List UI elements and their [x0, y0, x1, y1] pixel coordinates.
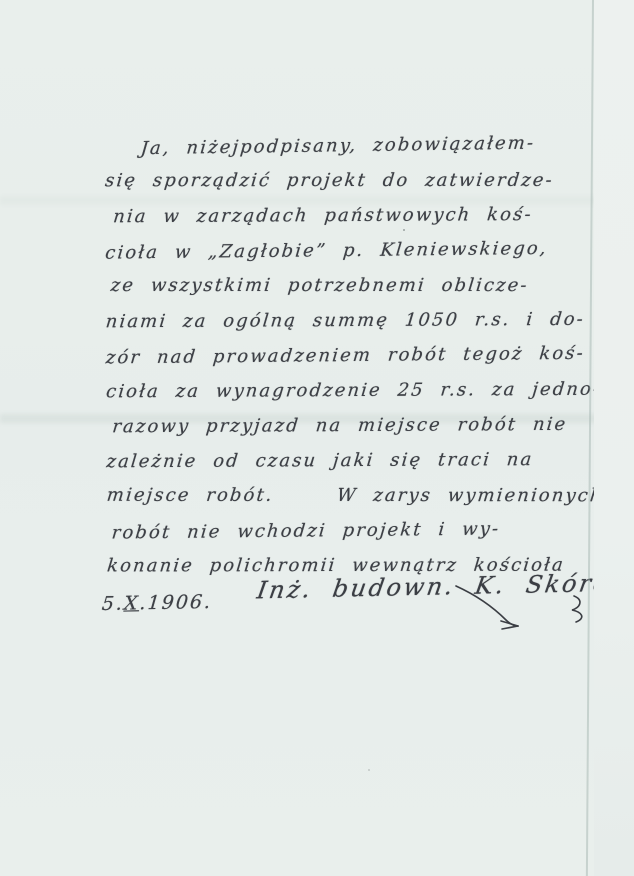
handwritten-line: nia w zarządach państwowych koś- [112, 197, 599, 235]
handwritten-line: Ja, niżejpodpisany, zobowiązałem- [139, 125, 599, 166]
date-day: 5. [101, 593, 125, 615]
handwritten-line: cioła za wynagrodzenie 25 r.s. za jedno- [104, 372, 599, 410]
handwritten-date: 5.X.1906. [101, 591, 213, 615]
handwritten-line: cioła w „Zagłobie” p. Kleniewskiego, [104, 230, 600, 270]
scan-speck [403, 229, 405, 231]
handwritten-line: razowy przyjazd na miejsce robót nie [111, 407, 600, 445]
handwritten-line: zór nad prowadzeniem robót tegoż koś- [104, 336, 600, 376]
scan-speck [497, 283, 499, 285]
scanned-document-page: Ja, niżejpodpisany, zobowiązałem- się sp… [0, 0, 634, 876]
signature-flourish [398, 582, 608, 634]
scanner-background-strip [594, 0, 634, 876]
date-year: .1906. [139, 591, 213, 614]
handwritten-text-block: Ja, niżejpodpisany, zobowiązałem- się sp… [105, 127, 599, 585]
handwritten-line: miejsce robót. W zarys wymienionych [105, 478, 600, 513]
handwritten-line: ze wszystkimi potrzebnemi oblicze- [109, 268, 599, 303]
handwritten-line: się sporządzić projekt do zatwierdze- [103, 163, 598, 198]
handwritten-line: robót nie wchodzi projekt i wy- [110, 510, 601, 550]
handwritten-line: zależnie od czasu jaki się traci na [105, 442, 600, 480]
scan-speck [368, 769, 370, 771]
handwritten-line: niami za ogólną summę 1050 r.s. i do- [104, 302, 599, 340]
